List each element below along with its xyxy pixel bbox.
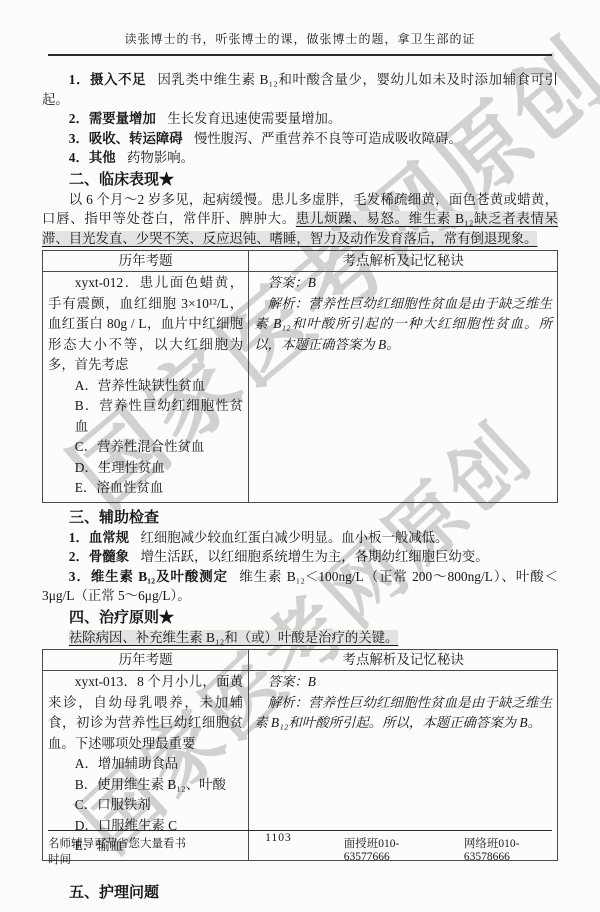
cause-item-label: 2．需要量增加 <box>69 111 156 126</box>
auxiliary-item-text: 增生活跃，以红细胞系统增生为主，各期幼红细胞巨幼变。 <box>140 549 488 564</box>
cause-item-text: 生长发育迅速使需要量增加。 <box>167 111 341 126</box>
cause-item-text: 慢性腹泻、严重营养不良等可造成吸收障碍。 <box>194 131 462 146</box>
exam-table-2: 历年考题 考点解析及记忆秘诀 xyxt-013．8 个月小儿，面黄来诊，自幼母乳… <box>42 649 558 861</box>
exam-table-1-header-row: 历年考题 考点解析及记忆秘诀 <box>43 251 558 272</box>
option-d: D．口服维生素 C <box>48 816 243 837</box>
analysis-text: 解析：营养性巨幼红细胞性贫血是由于缺乏维生素 B₁₂和叶酸所引起。所以，本题正确… <box>254 693 552 734</box>
answer-text: 答案：B <box>254 273 552 294</box>
cause-item-label: 1．摄入不足 <box>69 72 146 87</box>
exam-table-1-header-analysis: 考点解析及记忆秘诀 <box>249 251 558 272</box>
option-e: E．溶血性贫血 <box>48 478 243 499</box>
footer-phone-face-class: 面授班010-63577666 <box>344 835 438 863</box>
question-text: xyxt-013．8 个月小儿，面黄来诊，自幼母乳喂养，未加辅食，初诊为营养性巨… <box>48 672 243 754</box>
treatment-text-highlight: 祛除病因、补充维生素 B₁₂和（或）叶酸是治疗的关键。 <box>69 630 399 645</box>
auxiliary-item-3: 3．维生素 B₁₂及叶酸测定维生素 B₁₂＜100ng/L（正常 200～800… <box>42 567 558 606</box>
section-heading-treatment: 四、治疗原则★ <box>42 608 558 628</box>
footer-phone-web-class: 网络班010-63578666 <box>464 835 558 863</box>
cause-item-label: 4．其他 <box>69 150 116 165</box>
answer-text: 答案：B <box>254 672 552 693</box>
cause-item-label: 3．吸收、转运障碍 <box>69 131 183 146</box>
exam-table-2-header-analysis: 考点解析及记忆秘诀 <box>249 650 558 671</box>
option-a: A．增加辅助食品 <box>48 754 243 775</box>
option-b: B．使用维生素 B₁₂、叶酸 <box>48 775 243 796</box>
exam-table-2-analysis-cell: 答案：B 解析：营养性巨幼红细胞性贫血是由于缺乏维生素 B₁₂和叶酸所引起。所以… <box>249 671 558 861</box>
header-rule <box>48 54 552 56</box>
document-page: 国家医考网原创 国家医考网原创 读张博士的书，听张博士的课，做张博士的题，拿卫生… <box>0 0 600 912</box>
cause-item-text: 药物影响。 <box>127 150 194 165</box>
exam-table-2-header-questions: 历年考题 <box>43 650 249 671</box>
footer-slogan: 名师辅导可节省您大量看书时间 <box>48 835 197 867</box>
cause-item-1: 1．摄入不足因乳类中维生素 B₁₂和叶酸含量少，婴幼儿如未及时添加辅食可引起。 <box>42 70 558 109</box>
option-d: D．生理性贫血 <box>48 458 243 479</box>
header-slogan: 读张博士的书，听张博士的课，做张博士的题，拿卫生部的证 <box>48 30 552 47</box>
option-a: A．营养性缺铁性贫血 <box>48 376 243 397</box>
auxiliary-item-2: 2．骨髓象增生活跃，以红细胞系统增生为主，各期幼红细胞巨幼变。 <box>42 547 558 567</box>
page-content: 1．摄入不足因乳类中维生素 B₁₂和叶酸含量少，婴幼儿如未及时添加辅食可引起。 … <box>42 70 558 903</box>
exam-table-1-header-questions: 历年考题 <box>43 251 249 272</box>
exam-table-2-header-row: 历年考题 考点解析及记忆秘诀 <box>43 650 558 671</box>
cause-item-2: 2．需要量增加生长发育迅速使需要量增加。 <box>42 109 558 129</box>
exam-table-2-body-row: xyxt-013．8 个月小儿，面黄来诊，自幼母乳喂养，未加辅食，初诊为营养性巨… <box>43 671 558 861</box>
clinical-paragraph: 以 6 个月～2 岁多见，起病缓慢。患儿多虚胖，毛发稀疏细黄，面色苍黄或蜡黄，口… <box>42 190 558 249</box>
question-text: xyxt-012．患儿面色蜡黄，手有震颤，血红细胞 3×10¹²/L，血红蛋白 … <box>48 273 243 376</box>
auxiliary-item-label: 3．维生素 B₁₂及叶酸测定 <box>69 569 228 584</box>
exam-table-1: 历年考题 考点解析及记忆秘诀 xyxt-012．患儿面色蜡黄，手有震颤，血红细胞… <box>42 250 558 503</box>
section-heading-auxiliary: 三、辅助检查 <box>42 508 558 528</box>
option-c: C．口服铁剂 <box>48 795 243 816</box>
footer-rule <box>48 830 552 831</box>
auxiliary-item-1: 1．血常规红细胞减少较血红蛋白减少明显。血小板一般减低。 <box>42 528 558 548</box>
option-b: B．营养性巨幼红细胞性贫血 <box>48 396 243 437</box>
treatment-paragraph: 祛除病因、补充维生素 B₁₂和（或）叶酸是治疗的关键。 <box>42 628 558 648</box>
auxiliary-item-label: 1．血常规 <box>69 530 129 545</box>
auxiliary-item-label: 2．骨髓象 <box>69 549 129 564</box>
analysis-text: 解析：营养性巨幼红细胞性贫血是由于缺乏维生素 B₁₂和叶酸所引起的一种大红细胞性… <box>254 294 552 356</box>
exam-table-1-question-cell: xyxt-012．患儿面色蜡黄，手有震颤，血红细胞 3×10¹²/L，血红蛋白 … <box>43 272 249 503</box>
exam-table-2-question-cell: xyxt-013．8 个月小儿，面黄来诊，自幼母乳喂养，未加辅食，初诊为营养性巨… <box>43 671 249 861</box>
page-number: 1103 <box>265 832 292 844</box>
section-heading-nursing: 五、护理问题 <box>42 883 558 903</box>
cause-item-4: 4．其他药物影响。 <box>42 148 558 168</box>
section-heading-clinical: 二、临床表现★ <box>42 170 558 190</box>
option-c: C．营养性混合性贫血 <box>48 437 243 458</box>
exam-table-1-analysis-cell: 答案：B 解析：营养性巨幼红细胞性贫血是由于缺乏维生素 B₁₂和叶酸所引起的一种… <box>249 272 558 503</box>
cause-item-3: 3．吸收、转运障碍慢性腹泻、严重营养不良等可造成吸收障碍。 <box>42 129 558 149</box>
exam-table-1-body-row: xyxt-012．患儿面色蜡黄，手有震颤，血红细胞 3×10¹²/L，血红蛋白 … <box>43 272 558 503</box>
auxiliary-item-text: 红细胞减少较血红蛋白减少明显。血小板一般减低。 <box>140 530 448 545</box>
footer: 名师辅导可节省您大量看书时间 1103 面授班010-63577666 网络班0… <box>48 835 558 867</box>
